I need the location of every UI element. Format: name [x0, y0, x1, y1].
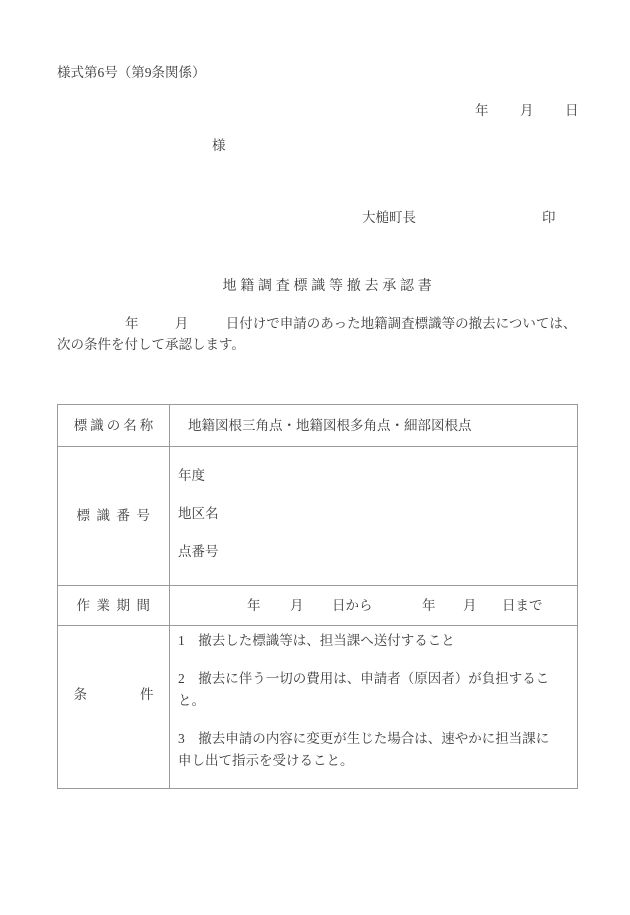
recipient-honorific: 様: [212, 139, 226, 153]
condition-3-line-2: 申し出て指示を受けること。: [178, 750, 569, 772]
work-period-label: 作業期間: [58, 586, 170, 625]
body-paragraph-line2: 次の条件を付して承認します。: [57, 338, 245, 352]
fiscal-year-label: 年度: [178, 469, 577, 483]
form-number: 様式第6号（第9条関係）: [57, 66, 206, 80]
period-start-month-label: 月: [290, 586, 304, 625]
marker-name-value: 地籍図根三角点・地籍図根多角点・細部図根点: [170, 405, 577, 446]
body-date-month-label: 月: [175, 316, 189, 331]
condition-2-line-1: 2 撤去に伴う一切の費用は、申請者（原因者）が負担するこ: [178, 668, 569, 690]
point-number-label: 点番号: [178, 545, 577, 559]
period-start-day-label: 日から: [332, 586, 373, 625]
condition-3-line-1: 3 撤去申請の内容に変更が生じた場合は、速やかに担当課に: [178, 728, 569, 750]
conditions-label-second-char: 件: [140, 688, 154, 702]
issue-date-year-label: 年: [475, 104, 489, 118]
work-period-cell: 年 月 日から 年 月 日まで: [170, 586, 577, 625]
body-paragraph-text: 日付けで申請のあった地籍調査標識等の撤去については、: [226, 316, 577, 331]
district-name-label: 地区名: [178, 507, 577, 521]
issue-date-month-label: 月: [520, 104, 534, 118]
condition-2-line-2: と。: [178, 690, 569, 712]
condition-item-2: 2 撤去に伴う一切の費用は、申請者（原因者）が負担するこ と。: [178, 668, 569, 712]
conditions-label-box: 条 件: [74, 688, 154, 702]
body-paragraph-line1: 年 月 日付けで申請のあった地籍調査標識等の撤去については、: [57, 317, 576, 331]
period-end-year-label: 年: [422, 586, 436, 625]
marker-number-cell: 年度 地区名 点番号: [170, 447, 577, 585]
conditions-label: 条 件: [58, 626, 170, 788]
condition-item-3: 3 撤去申請の内容に変更が生じた場合は、速やかに担当課に 申し出て指示を受けるこ…: [178, 728, 569, 772]
body-date-year-label: 年: [125, 316, 139, 331]
marker-name-label: 標識の名称: [58, 405, 170, 446]
document-page: 様式第6号（第9条関係） 年 月 日 様 大槌町長 印 地籍調査標識等撤去承認書…: [0, 0, 630, 915]
condition-item-1: 1 撤去した標識等は、担当課へ送付すること: [178, 630, 569, 652]
approval-form-table: 標識の名称 地籍図根三角点・地籍図根多角点・細部図根点 標識番号 年度 地区名 …: [57, 404, 578, 789]
table-row-marker-number: 標識番号 年度 地区名 点番号: [58, 446, 577, 585]
condition-1-line-1: 1 撤去した標識等は、担当課へ送付すること: [178, 630, 569, 652]
period-end-day-label: 日まで: [502, 586, 543, 625]
period-end-month-label: 月: [463, 586, 477, 625]
period-start-year-label: 年: [247, 586, 261, 625]
table-row-conditions: 条 件 1 撤去した標識等は、担当課へ送付すること 2 撤去に伴う一切の費用は、…: [58, 625, 577, 788]
issuer-title: 大槌町長: [362, 211, 416, 225]
conditions-label-first-char: 条: [74, 688, 88, 702]
table-row-work-period: 作業期間 年 月 日から 年 月 日まで: [58, 585, 577, 625]
table-row-marker-name: 標識の名称 地籍図根三角点・地籍図根多角点・細部図根点: [58, 405, 577, 446]
document-title: 地籍調査標識等撤去承認書: [0, 280, 630, 294]
marker-number-label: 標識番号: [58, 447, 170, 585]
issue-date-day-label: 日: [565, 104, 579, 118]
conditions-cell: 1 撤去した標識等は、担当課へ送付すること 2 撤去に伴う一切の費用は、申請者（…: [170, 626, 577, 788]
seal-placeholder: 印: [542, 211, 556, 225]
